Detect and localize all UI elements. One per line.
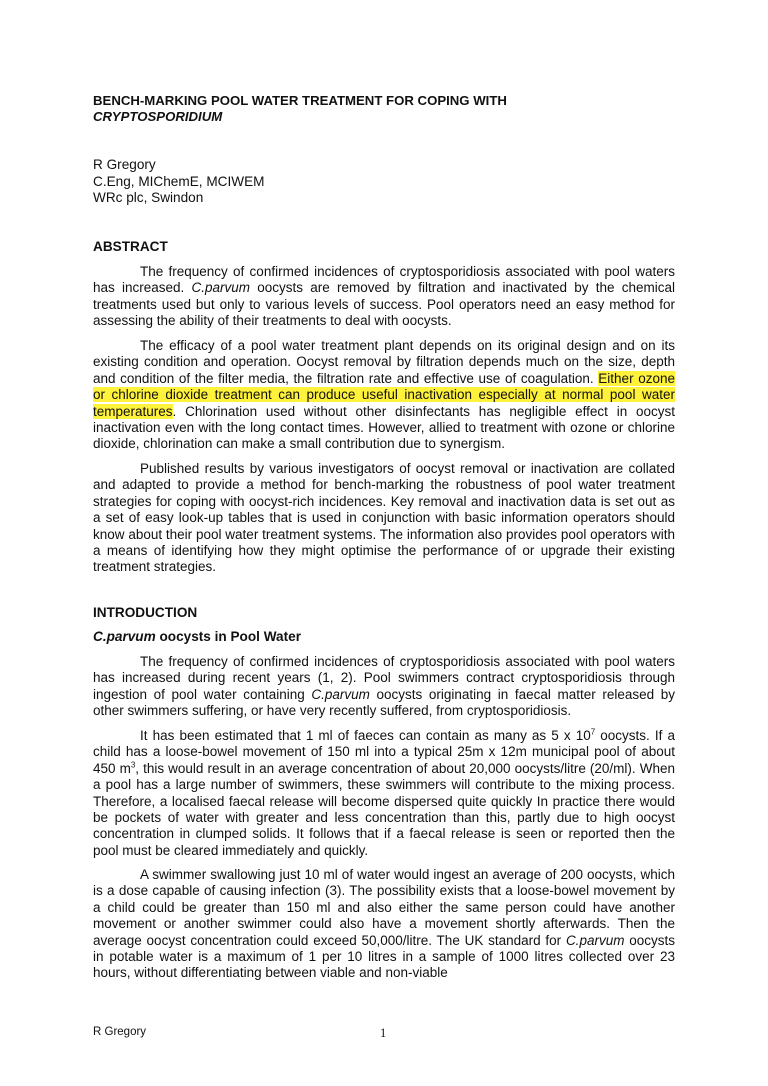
text-run: oocysts in Pool Water (156, 629, 301, 644)
species-name: C.parvum (192, 280, 251, 295)
species-name: C.parvum (566, 933, 625, 948)
title-line-2: CRYPTOSPORIDIUM (93, 109, 675, 125)
introduction-paragraph-2: It has been estimated that 1 ml of faece… (93, 728, 675, 859)
introduction-heading: INTRODUCTION (93, 605, 197, 621)
title-line-1: BENCH-MARKING POOL WATER TREATMENT FOR C… (93, 93, 675, 109)
abstract-paragraph-1: The frequency of confirmed incidences of… (93, 264, 675, 330)
abstract-heading: ABSTRACT (93, 239, 168, 255)
author-qualifications: C.Eng, MIChemE, MCIWEM (93, 174, 264, 191)
text-run: It has been estimated that 1 ml of faece… (140, 728, 591, 743)
species-name: C.parvum (311, 687, 370, 702)
text-run: The efficacy of a pool water treatment p… (93, 338, 675, 386)
introduction-paragraph-3: A swimmer swallowing just 10 ml of water… (93, 867, 675, 982)
introduction-subheading: C.parvum oocysts in Pool Water (93, 629, 301, 645)
abstract-paragraph-2: The efficacy of a pool water treatment p… (93, 338, 675, 453)
text-run: , this would result in an average concen… (93, 761, 675, 858)
introduction-paragraph-1: The frequency of confirmed incidences of… (93, 654, 675, 720)
species-name: C.parvum (93, 629, 156, 644)
footer-author: R Gregory (93, 1026, 146, 1038)
abstract-paragraph-3: Published results by various investigato… (93, 461, 675, 576)
page-number: 1 (380, 1026, 386, 1041)
text-run: . Chlorination used without other disinf… (93, 404, 675, 452)
author-block: R Gregory C.Eng, MIChemE, MCIWEM WRc plc… (93, 157, 264, 207)
author-affiliation: WRc plc, Swindon (93, 190, 264, 207)
paper-title: BENCH-MARKING POOL WATER TREATMENT FOR C… (93, 93, 675, 125)
author-name: R Gregory (93, 157, 264, 174)
